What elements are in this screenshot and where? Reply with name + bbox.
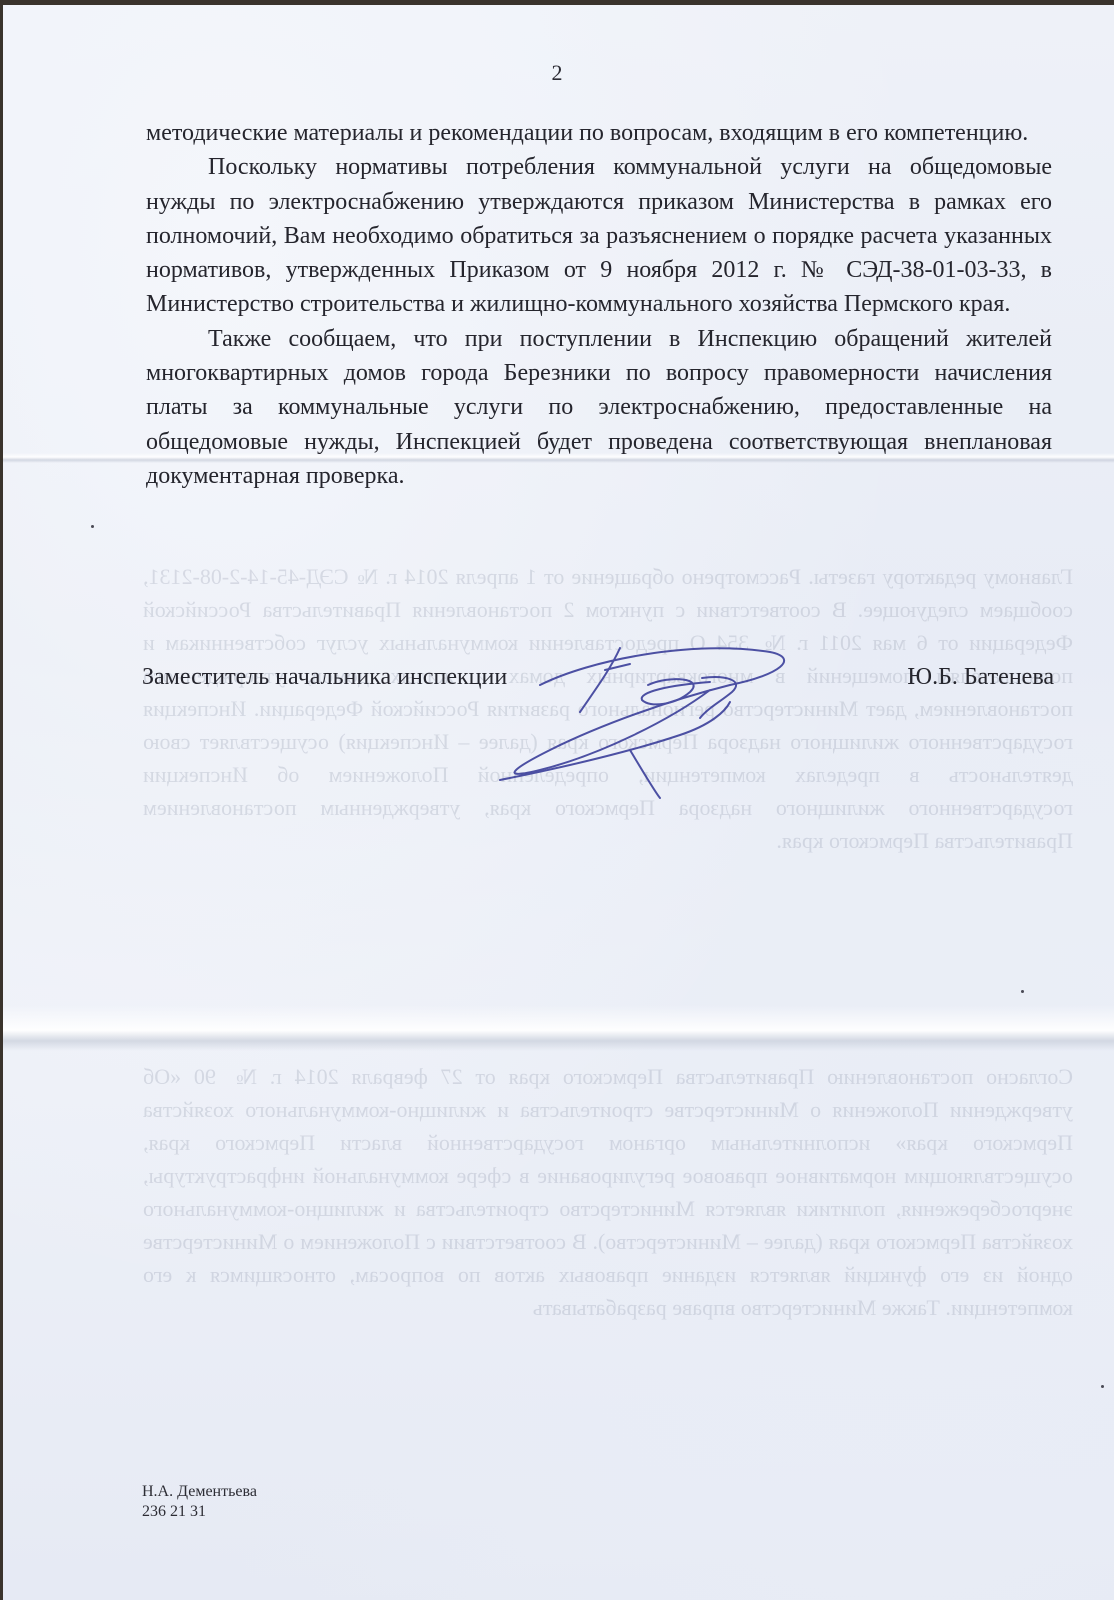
paper-fold-line xyxy=(3,1005,1114,1051)
executor-name: Н.А. Дементьева xyxy=(142,1482,257,1502)
paragraph-inspection: Также сообщаем, что при поступлении в Ин… xyxy=(146,322,1052,493)
executor-info: Н.А. Дементьева 236 21 31 xyxy=(142,1482,257,1522)
paragraph-continuation: методические материалы и рекомендации по… xyxy=(146,116,1052,150)
signer-title: Заместитель начальника инспекции xyxy=(142,664,507,691)
paragraph-normatives: Поскольку нормативы потребления коммунал… xyxy=(146,150,1052,321)
executor-phone: 236 21 31 xyxy=(142,1502,257,1522)
handwritten-signature-icon xyxy=(470,630,810,800)
signer-name: Ю.Б. Батенева xyxy=(907,664,1054,691)
page-number: 2 xyxy=(0,60,1114,86)
show-through-text-lower: Согласно постановлению Правительства Пер… xyxy=(143,1060,1073,1324)
scan-speck xyxy=(91,525,94,528)
scan-speck xyxy=(1101,1385,1104,1388)
scan-speck xyxy=(1021,990,1024,993)
letter-body: методические материалы и рекомендации по… xyxy=(146,116,1052,493)
